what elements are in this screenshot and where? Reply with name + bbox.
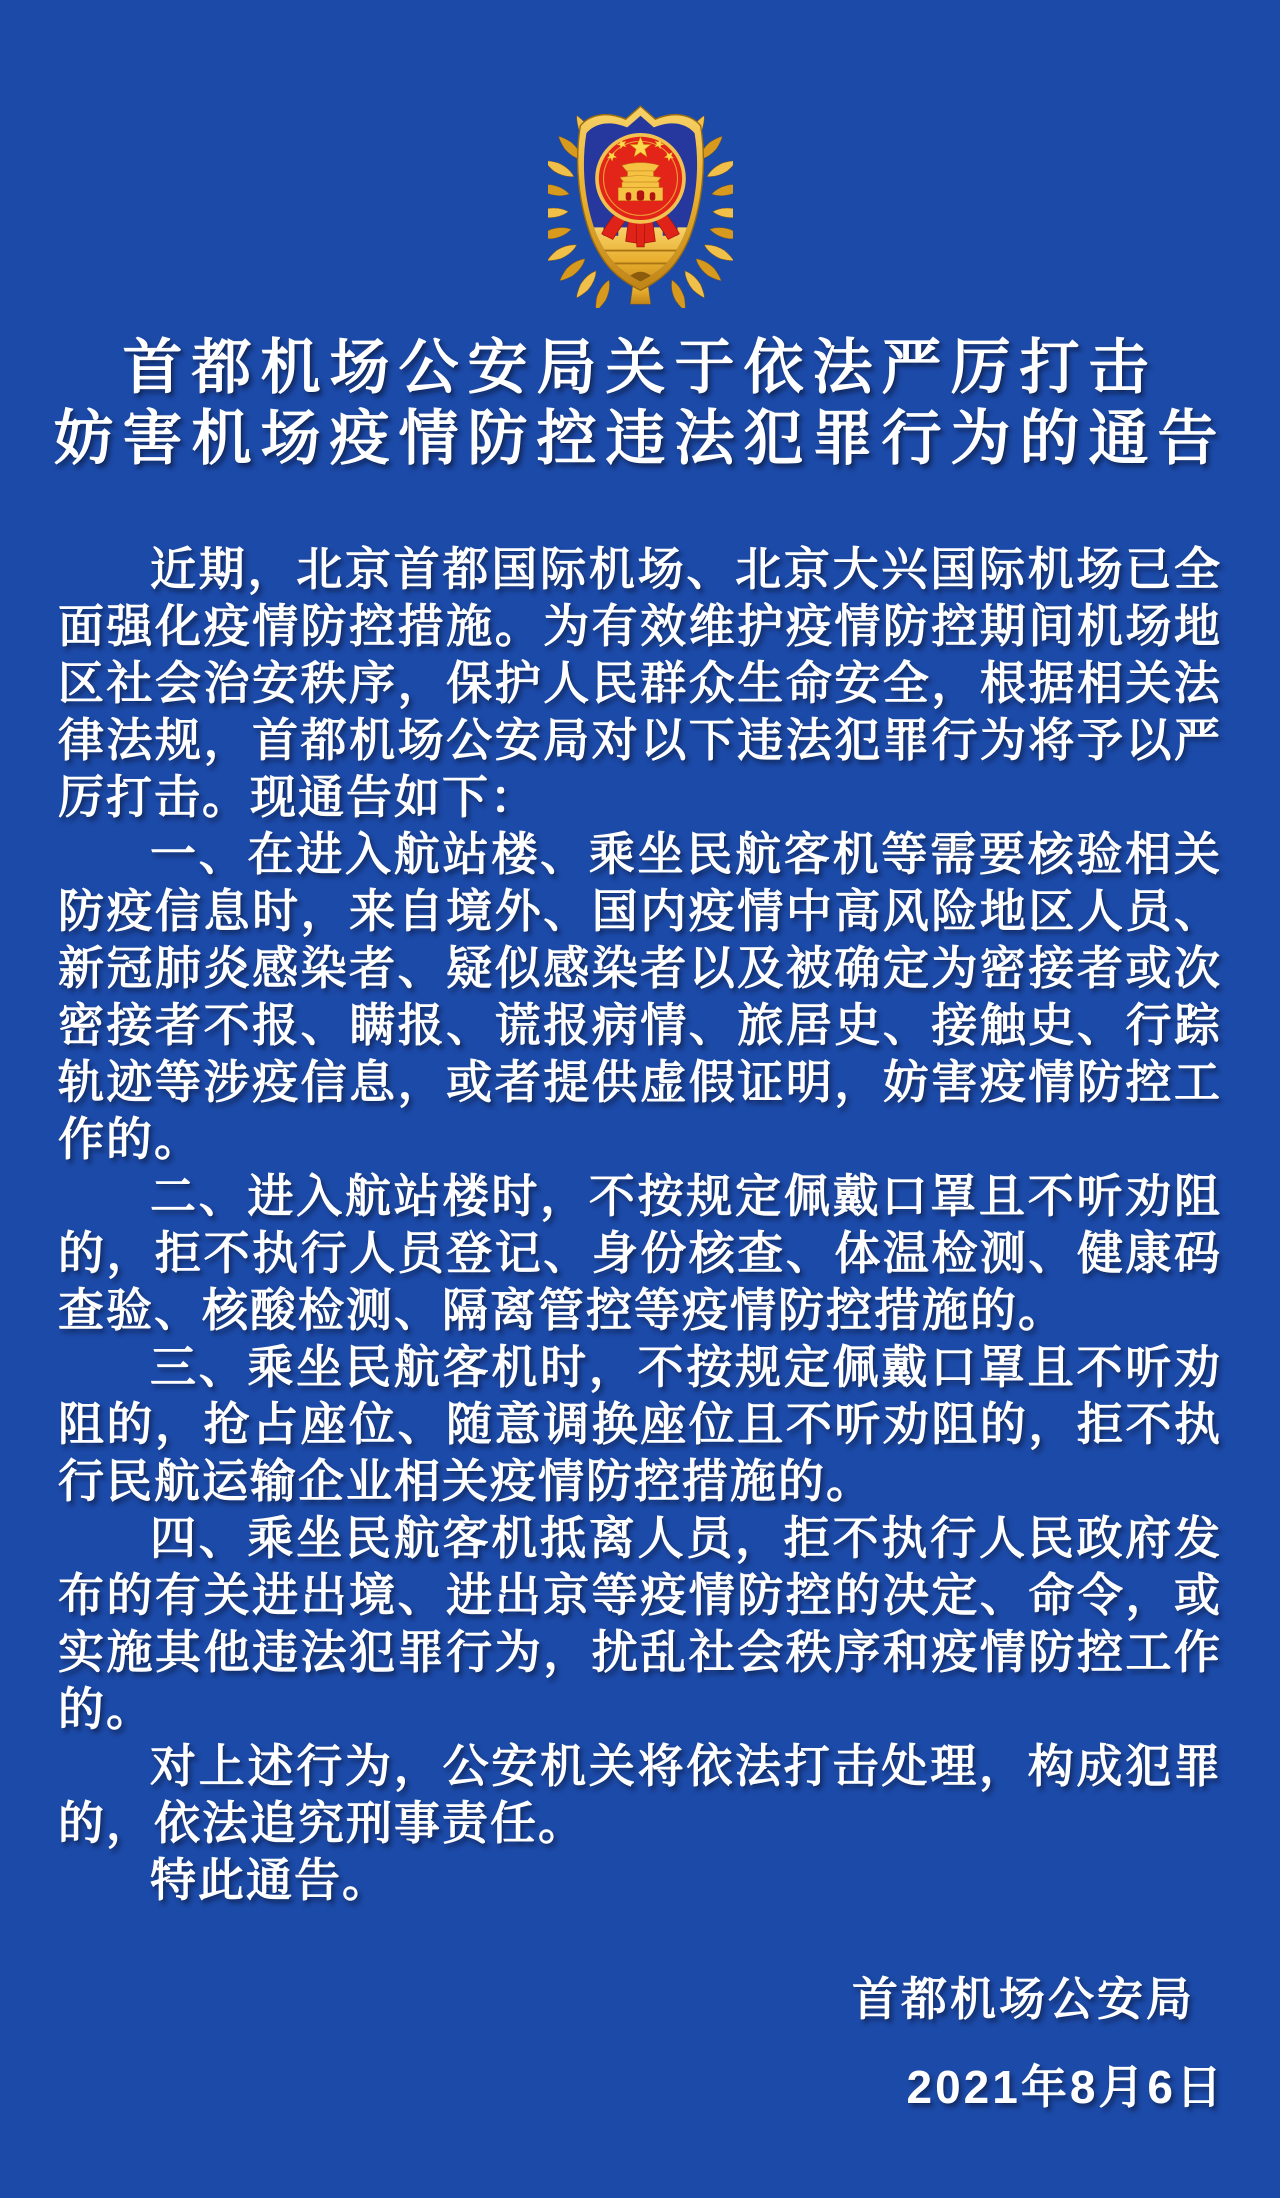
issue-date: 2021年8月6日 [0, 2043, 1225, 2131]
paragraph-closing: 特此通告。 [58, 1852, 1222, 1909]
paragraph-item-2: 二、进入航站楼时，不按规定佩戴口罩且不听劝阻的，拒不执行人员登记、身份核查、体温… [58, 1168, 1222, 1339]
paragraph-item-3: 三、乘坐民航客机时，不按规定佩戴口罩且不听劝阻的，抢占座位、随意调换座位且不听劝… [58, 1339, 1222, 1510]
police-badge-emblem [548, 95, 733, 308]
police-badge-icon [548, 95, 733, 308]
notice-title: 首都机场公安局关于依法严厉打击 妨害机场疫情防控违法犯罪行为的通告 [0, 332, 1280, 474]
paragraph-intro: 近期，北京首都国际机场、北京大兴国际机场已全面强化疫情防控措施。为有效维护疫情防… [58, 541, 1222, 826]
notice-poster: 首都机场公安局关于依法严厉打击 妨害机场疫情防控违法犯罪行为的通告 近期，北京首… [0, 0, 1280, 2198]
notice-title-line-2: 妨害机场疫情防控违法犯罪行为的通告 [0, 403, 1280, 474]
paragraph-enforcement: 对上述行为，公安机关将依法打击处理，构成犯罪的，依法追究刑事责任。 [58, 1738, 1222, 1852]
issuer-name: 首都机场公安局 [0, 1955, 1225, 2043]
signature-block: 首都机场公安局 2021年8月6日 [0, 1955, 1225, 2131]
paragraph-item-1: 一、在进入航站楼、乘坐民航客机等需要核验相关防疫信息时，来自境外、国内疫情中高风… [58, 826, 1222, 1168]
notice-title-line-1: 首都机场公安局关于依法严厉打击 [0, 332, 1280, 403]
national-emblem-icon [597, 135, 684, 222]
paragraph-item-4: 四、乘坐民航客机抵离人员，拒不执行人民政府发布的有关进出境、进出京等疫情防控的决… [58, 1510, 1222, 1738]
notice-body: 近期，北京首都国际机场、北京大兴国际机场已全面强化疫情防控措施。为有效维护疫情防… [58, 541, 1222, 1909]
